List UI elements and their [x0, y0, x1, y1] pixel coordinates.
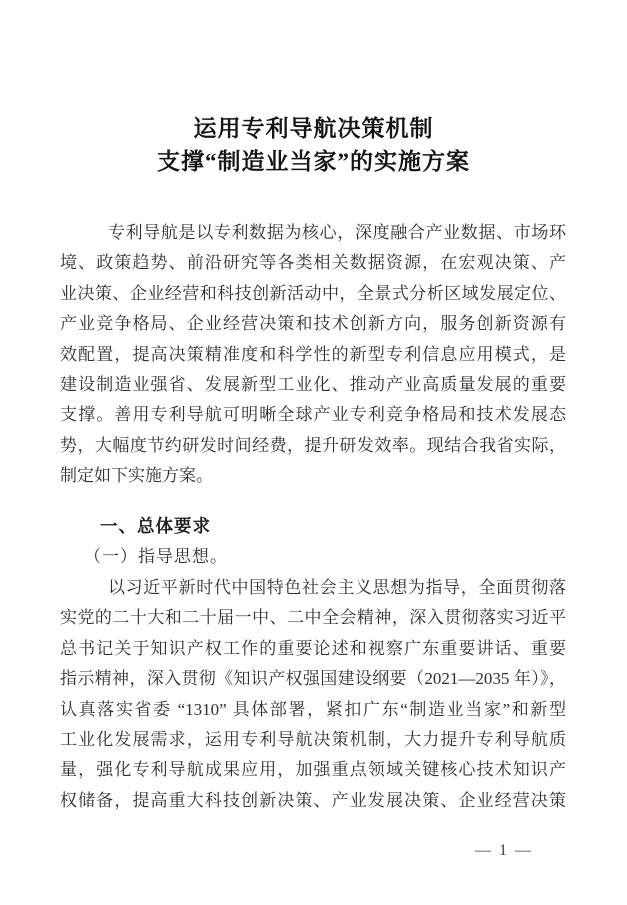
intro-paragraph-line: 境、政策趋势、前沿研究等各类相关数据资源，在宏观决策、产	[60, 248, 566, 278]
intro-paragraph-line: 业决策、企业经营和科技创新活动中，全景式分析区域发展定位、	[60, 279, 566, 309]
page-number: — 1 —	[475, 841, 533, 861]
guiding-paragraph-line: 认真落实省委 “1310” 具体部署，紧扣广东“制造业当家”和新型	[60, 695, 566, 725]
guiding-paragraph-line: 量，强化专利导航成果应用，加强重点领域关键核心技术知识产	[60, 755, 566, 785]
guiding-paragraph-line: 指示精神，深入贯彻《知识产权强国建设纲要（2021—2035 年）》，	[60, 664, 566, 694]
document-title-line-2: 支撑“制造业当家”的实施方案	[0, 145, 627, 178]
intro-paragraph-line: 制定如下实施方案。	[60, 461, 566, 491]
intro-paragraph-line: 建设制造业强省、发展新型工业化、推动产业高质量发展的重要	[60, 370, 566, 400]
section-heading-general-requirements: 一、总体要求	[100, 511, 211, 541]
document-page: 运用专利导航决策机制 支撑“制造业当家”的实施方案 专利导航是以专利数据为核心，…	[0, 0, 627, 905]
intro-paragraph-line: 效配置，提高决策精准度和科学性的新型专利信息应用模式，是	[60, 340, 566, 370]
intro-paragraph-line: 支撑。善用专利导航可明晰全球产业专利竞争格局和技术发展态	[60, 400, 566, 430]
intro-paragraph: 专利导航是以专利数据为核心，深度融合产业数据、市场环 境、政策趋势、前沿研究等各…	[60, 218, 566, 492]
document-title: 运用专利导航决策机制 支撑“制造业当家”的实施方案	[0, 112, 627, 178]
guiding-paragraph-line: 实党的二十大和二十届一中、二中全会精神，深入贯彻落实习近平	[60, 603, 566, 633]
guiding-paragraph-line: 工业化发展需求，运用专利导航决策机制，大力提升专利导航质	[60, 725, 566, 755]
guiding-ideology-paragraph: 以习近平新时代中国特色社会主义思想为指导，全面贯彻落 实党的二十大和二十届一中、…	[60, 573, 566, 816]
guiding-paragraph-line: 总书记关于知识产权工作的重要论述和视察广东重要讲话、重要	[60, 634, 566, 664]
intro-paragraph-line: 专利导航是以专利数据为核心，深度融合产业数据、市场环	[60, 218, 566, 248]
subsection-heading-guiding-ideology: （一）指导思想。	[84, 542, 228, 572]
guiding-paragraph-line: 权储备，提高重大科技创新决策、产业发展决策、企业经营决策	[60, 786, 566, 816]
intro-paragraph-line: 势，大幅度节约研发时间经费，提升研发效率。现结合我省实际，	[60, 431, 566, 461]
guiding-paragraph-line: 以习近平新时代中国特色社会主义思想为指导，全面贯彻落	[60, 573, 566, 603]
intro-paragraph-line: 产业竞争格局、企业经营决策和技术创新方向，服务创新资源有	[60, 309, 566, 339]
document-title-line-1: 运用专利导航决策机制	[0, 112, 627, 145]
